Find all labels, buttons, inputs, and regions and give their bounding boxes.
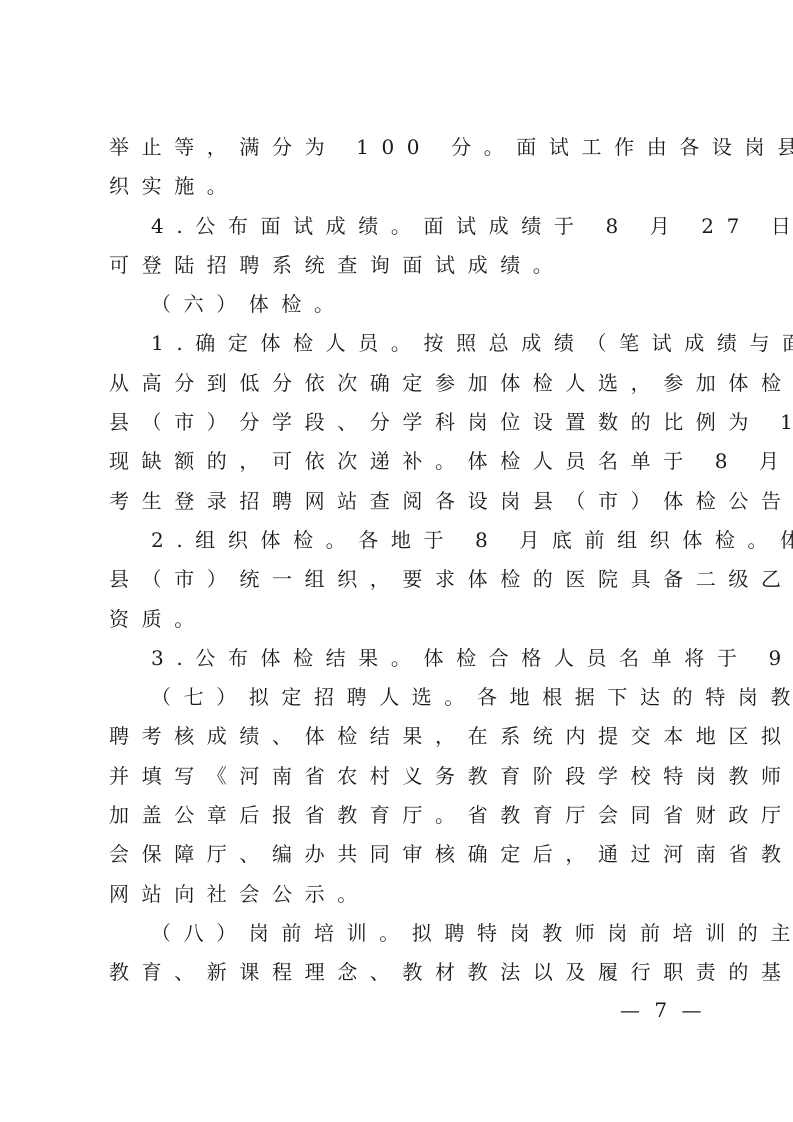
text-line: 会保障厅、编办共同审核确定后，通过河南省教育厅等有关招聘 (109, 835, 689, 874)
section-heading: （六）体检。 (109, 285, 689, 324)
text-line: 织实施。 (109, 167, 689, 206)
text-line: 2.组织体检。各地于 8 月底前组织体检。体检工作由各设岗 (109, 521, 689, 560)
text-line: 网站向社会公示。 (109, 875, 689, 914)
text-line: 并填写《河南省农村义务教育阶段学校特岗教师拟聘人员统计表》 (109, 757, 689, 796)
text-line: 从高分到低分依次确定参加体检人选，参加体检人员数与各设岗 (109, 364, 689, 403)
text-line: 加盖公章后报省教育厅。省教育厅会同省财政厅、人力资源和社 (109, 796, 689, 835)
text-line: 县（市）统一组织，要求体检的医院具备二级乙等以上（含二乙） (109, 560, 689, 599)
text-line: 教育、新课程理念、教材教法以及履行职责的基本要求等，培训 (109, 953, 689, 992)
page-number: — 7 — (620, 998, 705, 1022)
section-heading: （七）拟定招聘人选。各地根据下达的特岗教师计划数和招 (109, 678, 689, 717)
document-body: 举止等，满分为 100 分。面试工作由各设岗县（市）或省辖市组 织实施。 4.公… (109, 128, 689, 993)
text-line: 聘考核成绩、体检结果，在系统内提交本地区拟聘特岗教师人选， (109, 717, 689, 756)
section-heading: （八）岗前培训。拟聘特岗教师岗前培训的主要内容是师德 (109, 914, 689, 953)
text-line: 1.确定体检人员。按照总成绩（笔试成绩与面试成绩之和） (109, 324, 689, 363)
text-line: 现缺额的，可依次递补。体检人员名单于 8 月 27 日对社会公示。 (109, 442, 689, 481)
text-line: 考生登录招聘网站查阅各设岗县（市）体检公告。 (109, 482, 689, 521)
text-line: 可登陆招聘系统查询面试成绩。 (109, 246, 689, 285)
text-line: 3.公布体检结果。体检合格人员名单将于 9 月上旬对社会公布。 (109, 639, 689, 678)
text-line: 4.公布面试成绩。面试成绩于 8 月 27 日对社会公布，考生 (109, 207, 689, 246)
text-line: 举止等，满分为 100 分。面试工作由各设岗县（市）或省辖市组 (109, 128, 689, 167)
text-line: 资质。 (109, 600, 689, 639)
text-line: 县（市）分学段、分学科岗位设置数的比例为 1∶1。若体检后出 (109, 403, 689, 442)
